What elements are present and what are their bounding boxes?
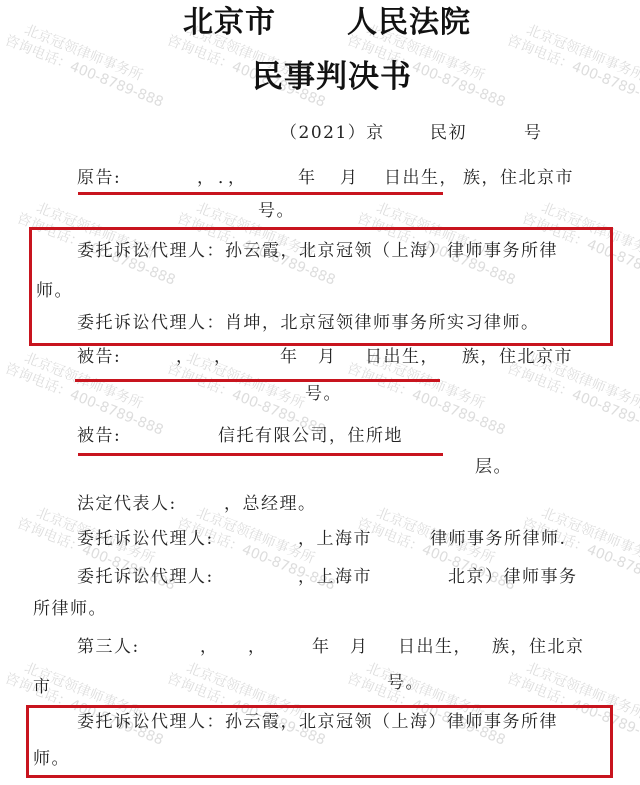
third-party-agent-line1: 委托诉讼代理人：孙云霞，北京冠领（上海）律师事务所律 (77, 711, 558, 733)
court-title-court: 人民法院 (347, 6, 471, 40)
watermark-phone: 咨询电话：400-8789-888 (504, 33, 640, 118)
judgment-document: 北京冠领律师事务所咨询电话：400-8789-888 北京冠领律师事务所咨询电话… (0, 0, 640, 785)
case-number-mid: 民初 (430, 122, 467, 144)
plaintiff-label: 原告: (77, 167, 121, 189)
third-party-address-end: 号。 (387, 672, 424, 694)
plaintiff-agent-1-line1: 委托诉讼代理人：孙云霞，北京冠领（上海）律师事务所律 (77, 240, 558, 262)
ethnicity-residence: 族，住北京 (492, 636, 585, 658)
watermark-phone: 咨询电话：400-8789-888 (2, 33, 179, 118)
watermark: 北京冠领律师事务所咨询电话：400-8789-888 (517, 22, 640, 117)
separator: ， (248, 636, 267, 658)
month-label: 月 (318, 346, 337, 368)
defendant1-label: 被告: (77, 346, 121, 368)
plaintiff-red-underline (78, 192, 443, 195)
document-type-title: 民事判决书 (252, 60, 412, 94)
separator: ， (197, 167, 216, 189)
watermark: 北京冠领律师事务所咨询电话：400-8789-888 (15, 22, 185, 117)
year-label: 年 (298, 167, 317, 189)
defendant-agent-2-firm-city: ，上海市 (298, 566, 372, 588)
third-party-label: 第三人: (77, 636, 140, 658)
defendant2-name-address: 信托有限公司，住所地 (218, 425, 403, 447)
third-party-address-city: 市 (33, 676, 52, 698)
plaintiff-agent-2-line1: 委托诉讼代理人：肖坤，北京冠领律师事务所实习律师。 (77, 312, 540, 334)
separator: ， (214, 346, 233, 368)
ethnicity-residence: 族，住北京市 (463, 167, 574, 189)
watermark-firm: 北京冠领律师事务所 (22, 22, 145, 84)
court-title-city: 北京市 (183, 6, 276, 40)
watermark-phone: 咨询电话：400-8789-888 (504, 361, 640, 446)
watermark-firm: 北京冠领律师事务所 (524, 22, 640, 84)
plaintiff-address-end: 号。 (258, 200, 295, 222)
legal-rep-title: ，总经理。 (224, 493, 317, 515)
defendant-agent-2-line2: 所律师。 (33, 598, 107, 620)
defendant2-label: 被告: (77, 425, 121, 447)
birth-date-label: 日出生， (365, 346, 439, 368)
defendant1-red-underline (75, 379, 440, 382)
defendant-agent-1-firm-city: ，上海市 (298, 528, 372, 550)
legal-rep-label: 法定代表人: (77, 493, 177, 515)
ethnicity-residence: 族，住北京市 (462, 346, 573, 368)
case-number-prefix: （2021）京 (280, 122, 385, 144)
month-label: 月 (350, 636, 369, 658)
plaintiff-agent-1-line2: 师。 (36, 280, 73, 302)
defendant2-red-underline (78, 453, 443, 456)
case-number-suffix: 号 (524, 122, 543, 144)
defendant-agent-2-firm: 北京）律师事务 (448, 566, 578, 588)
defendant-agent-1-label: 委托诉讼代理人: (77, 528, 214, 550)
defendant-agent-2-label: 委托诉讼代理人: (77, 566, 214, 588)
separator: ， (176, 346, 195, 368)
separator: ．， (218, 167, 247, 189)
defendant-agent-1-firm: 律师事务所律师. (430, 528, 566, 550)
birth-date-label: 日出生， (398, 636, 472, 658)
year-label: 年 (312, 636, 331, 658)
month-label: 月 (340, 167, 359, 189)
birth-date-label: 日出生， (384, 167, 458, 189)
defendant1-address-end: 号。 (305, 383, 342, 405)
separator: ， (200, 636, 219, 658)
year-label: 年 (280, 346, 299, 368)
defendant2-address-end: 层。 (475, 456, 512, 478)
third-party-agent-line2: 师。 (33, 748, 70, 770)
